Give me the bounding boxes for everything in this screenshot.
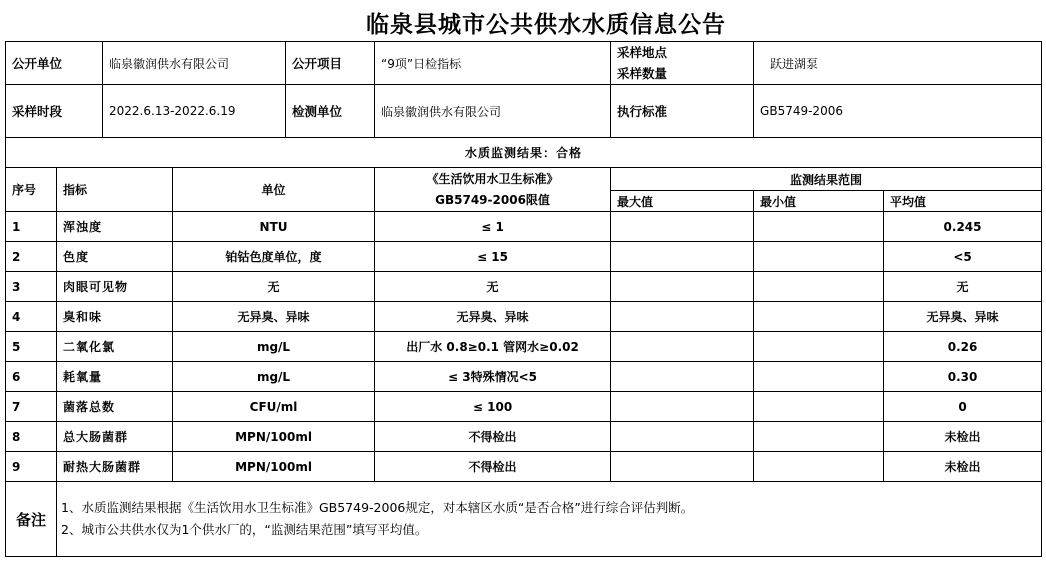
result-banner: 水质监测结果：合格: [6, 138, 1042, 168]
row-seq: 5: [6, 332, 57, 362]
row-indicator: 肉眼可见物: [57, 272, 173, 302]
row-avg: 无: [884, 272, 1042, 302]
row-indicator: 浑浊度: [57, 212, 173, 242]
row-limit: 无异臭、异味: [375, 302, 611, 332]
row-unit: 铂钴色度单位，度: [173, 242, 375, 272]
row-min: [754, 362, 884, 392]
row-unit: 无: [173, 272, 375, 302]
table-row: 8 总大肠菌群 MPN/100ml 不得检出 未检出: [6, 422, 1042, 452]
info-row-1: 公开单位 临泉徽润供水有限公司 公开项目 “9项”日检指标 采样地点 采样数量 …: [6, 42, 1042, 85]
header-indicator: 指标: [57, 168, 173, 212]
row-unit: mg/L: [173, 362, 375, 392]
row-seq: 9: [6, 452, 57, 482]
standard-label: 执行标准: [611, 85, 754, 138]
table-row: 2 色度 铂钴色度单位，度 ≤ 15 <5: [6, 242, 1042, 272]
row-seq: 1: [6, 212, 57, 242]
header-limit: 《生活饮用水卫生标准》 GB5749-2006限值: [375, 168, 611, 212]
header-range: 监测结果范围: [611, 168, 1042, 191]
table-row: 3 肉眼可见物 无 无 无: [6, 272, 1042, 302]
site-value: 跃进湖泵: [754, 42, 1042, 85]
row-unit: CFU/ml: [173, 392, 375, 422]
notes-row: 备注 1、水质监测结果根据《生活饮用水卫生标准》GB5749-2006规定，对本…: [6, 482, 1042, 557]
row-min: [754, 302, 884, 332]
header-avg: 平均值: [884, 191, 1042, 212]
row-min: [754, 392, 884, 422]
row-unit: MPN/100ml: [173, 452, 375, 482]
row-limit: ≤ 15: [375, 242, 611, 272]
row-limit: 不得检出: [375, 452, 611, 482]
standard-value: GB5749-2006: [754, 85, 1042, 138]
count-label: 采样数量: [617, 63, 747, 84]
notes-content: 1、水质监测结果根据《生活饮用水卫生标准》GB5749-2006规定，对本辖区水…: [57, 482, 1042, 557]
site-count-label: 采样地点 采样数量: [611, 42, 754, 85]
row-avg: 0: [884, 392, 1042, 422]
row-avg: 无异臭、异味: [884, 302, 1042, 332]
table-row: 5 二氧化氯 mg/L 出厂水 0.8≥0.1 管网水≥0.02 0.26: [6, 332, 1042, 362]
row-min: [754, 242, 884, 272]
row-seq: 6: [6, 362, 57, 392]
info-row-2: 采样时段 2022.6.13-2022.6.19 检测单位 临泉徽润供水有限公司…: [6, 85, 1042, 138]
row-seq: 7: [6, 392, 57, 422]
header-row-1: 序号 指标 单位 《生活饮用水卫生标准》 GB5749-2006限值 监测结果范…: [6, 168, 1042, 191]
row-unit: 无异臭、异味: [173, 302, 375, 332]
note-1: 1、水质监测结果根据《生活饮用水卫生标准》GB5749-2006规定，对本辖区水…: [61, 497, 781, 519]
result-row: 水质监测结果：合格: [6, 138, 1042, 168]
row-unit: NTU: [173, 212, 375, 242]
table-row: 6 耗氧量 mg/L ≤ 3特殊情况<5 0.30: [6, 362, 1042, 392]
row-avg: 0.30: [884, 362, 1042, 392]
publisher-value: 临泉徽润供水有限公司: [103, 42, 286, 85]
row-unit: mg/L: [173, 332, 375, 362]
row-min: [754, 452, 884, 482]
row-min: [754, 332, 884, 362]
header-min: 最小值: [754, 191, 884, 212]
row-unit: MPN/100ml: [173, 422, 375, 452]
row-avg: 0.26: [884, 332, 1042, 362]
row-limit: 出厂水 0.8≥0.1 管网水≥0.02: [375, 332, 611, 362]
period-value: 2022.6.13-2022.6.19: [103, 85, 286, 138]
row-limit: 不得检出: [375, 422, 611, 452]
lab-label: 检测单位: [286, 85, 375, 138]
row-max: [611, 422, 754, 452]
row-max: [611, 332, 754, 362]
table-row: 4 臭和味 无异臭、异味 无异臭、异味 无异臭、异味: [6, 302, 1042, 332]
publisher-label: 公开单位: [6, 42, 103, 85]
table-row: 9 耐热大肠菌群 MPN/100ml 不得检出 未检出: [6, 452, 1042, 482]
row-seq: 8: [6, 422, 57, 452]
row-seq: 3: [6, 272, 57, 302]
header-limit-line1: 《生活饮用水卫生标准》: [381, 169, 604, 190]
row-avg: 未检出: [884, 452, 1042, 482]
table-row: 7 菌落总数 CFU/ml ≤ 100 0: [6, 392, 1042, 422]
row-limit: ≤ 1: [375, 212, 611, 242]
row-max: [611, 362, 754, 392]
item-label: 公开项目: [286, 42, 375, 85]
row-avg: 未检出: [884, 422, 1042, 452]
header-unit: 单位: [173, 168, 375, 212]
notes-label: 备注: [6, 482, 57, 557]
row-seq: 4: [6, 302, 57, 332]
row-avg: <5: [884, 242, 1042, 272]
row-limit: ≤ 100: [375, 392, 611, 422]
note-2: 2、城市公共供水仅为1个供水厂的，“监测结果范围”填写平均值。: [61, 519, 1037, 541]
row-limit: 无: [375, 272, 611, 302]
row-indicator: 耐热大肠菌群: [57, 452, 173, 482]
row-max: [611, 452, 754, 482]
table-row: 1 浑浊度 NTU ≤ 1 0.245: [6, 212, 1042, 242]
period-label: 采样时段: [6, 85, 103, 138]
header-seq: 序号: [6, 168, 57, 212]
row-max: [611, 212, 754, 242]
header-limit-line2: GB5749-2006限值: [381, 190, 604, 211]
row-min: [754, 422, 884, 452]
item-value: “9项”日检指标: [375, 42, 611, 85]
header-max: 最大值: [611, 191, 754, 212]
row-min: [754, 272, 884, 302]
row-min: [754, 212, 884, 242]
row-indicator: 臭和味: [57, 302, 173, 332]
row-indicator: 总大肠菌群: [57, 422, 173, 452]
row-max: [611, 272, 754, 302]
row-max: [611, 302, 754, 332]
row-indicator: 耗氧量: [57, 362, 173, 392]
row-limit: ≤ 3特殊情况<5: [375, 362, 611, 392]
row-indicator: 二氧化氯: [57, 332, 173, 362]
row-avg: 0.245: [884, 212, 1042, 242]
row-indicator: 色度: [57, 242, 173, 272]
row-seq: 2: [6, 242, 57, 272]
site-label: 采样地点: [617, 42, 747, 63]
row-max: [611, 242, 754, 272]
water-quality-table: 公开单位 临泉徽润供水有限公司 公开项目 “9项”日检指标 采样地点 采样数量 …: [5, 41, 1042, 557]
row-indicator: 菌落总数: [57, 392, 173, 422]
page-title: 临泉县城市公共供水水质信息公告: [0, 6, 1046, 39]
lab-value: 临泉徽润供水有限公司: [375, 85, 611, 138]
row-max: [611, 392, 754, 422]
